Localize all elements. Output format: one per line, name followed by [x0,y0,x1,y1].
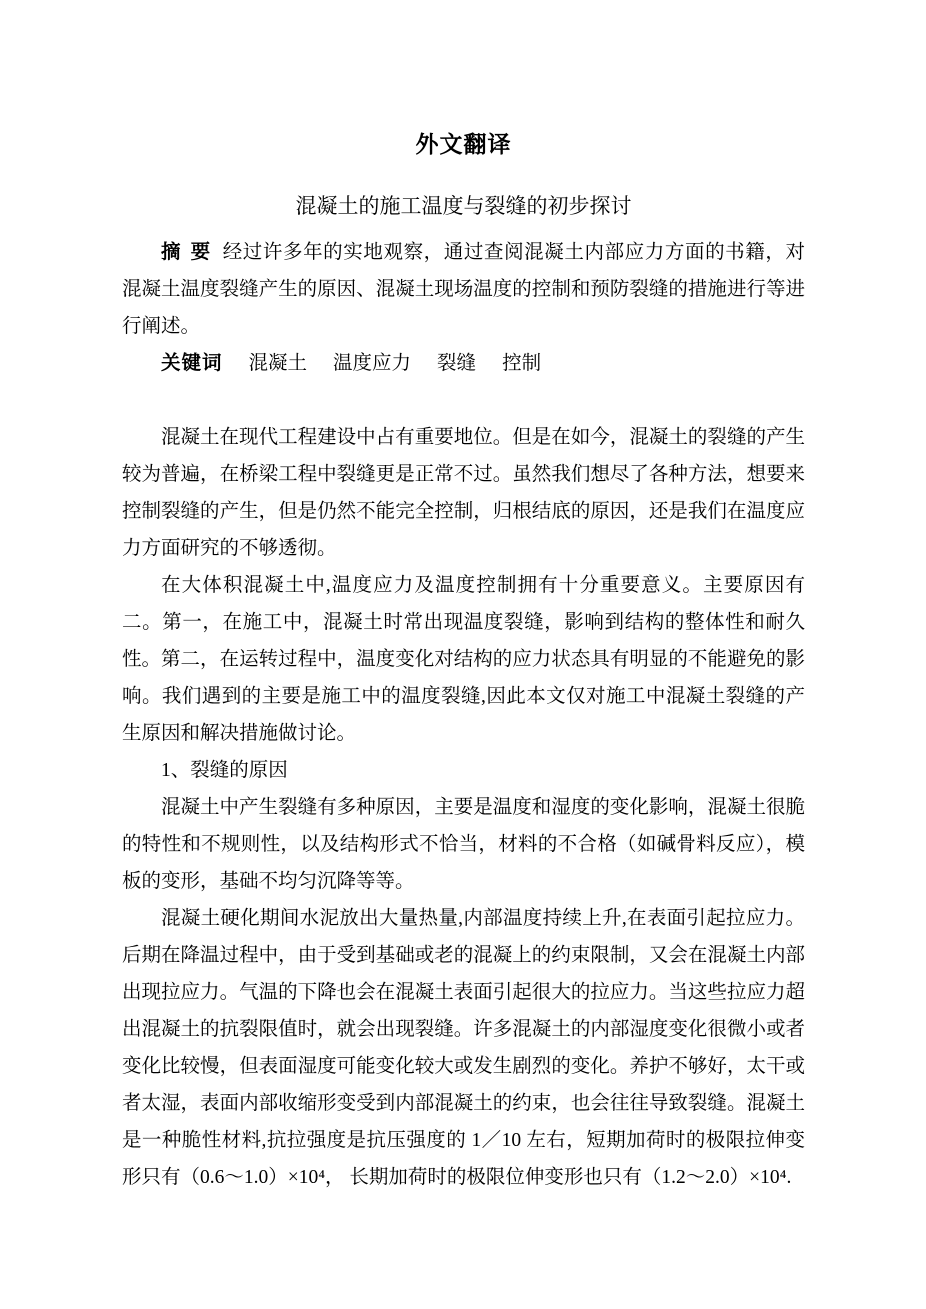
keyword-item: 控制 [502,353,541,374]
document-title: 外文翻译 [122,128,805,160]
section-1-paragraph-1: 混凝土中产生裂缝有多种原因，主要是温度和湿度的变化影响，混凝土很脆的特性和不规则… [122,789,805,900]
keyword-item: 温度应力 [333,353,411,374]
intro-paragraph-2: 在大体积混凝土中,温度应力及温度控制拥有十分重要意义。主要原因有二。第一，在施工… [122,567,805,752]
keyword-item: 裂缝 [437,353,476,374]
section-1-paragraph-2: 混凝土硬化期间水泥放出大量热量,内部温度持续上升,在表面引起拉应力。后期在降温过… [122,900,805,1196]
keyword-item: 混凝土 [249,353,308,374]
article-title: 混凝土的施工温度与裂缝的初步探讨 [122,192,805,220]
abstract-label: 摘 要 [161,242,213,263]
intro-paragraph-1: 混凝土在现代工程建设中占有重要地位。但是在如今，混凝土的裂缝的产生较为普遍，在桥… [122,419,805,567]
blank-line [122,382,805,419]
section-1-heading: 1、裂缝的原因 [122,752,805,789]
keywords-line: 关键词混凝土温度应力裂缝控制 [122,345,805,382]
document-page: 外文翻译 混凝土的施工温度与裂缝的初步探讨 摘 要经过许多年的实地观察，通过查阅… [0,0,926,1309]
abstract-paragraph: 摘 要经过许多年的实地观察，通过查阅混凝土内部应力方面的书籍，对混凝土温度裂缝产… [122,234,805,345]
keywords-label: 关键词 [161,353,223,374]
document-body: 摘 要经过许多年的实地观察，通过查阅混凝土内部应力方面的书籍，对混凝土温度裂缝产… [122,234,805,1196]
abstract-text: 经过许多年的实地观察，通过查阅混凝土内部应力方面的书籍，对混凝土温度裂缝产生的原… [122,242,805,337]
